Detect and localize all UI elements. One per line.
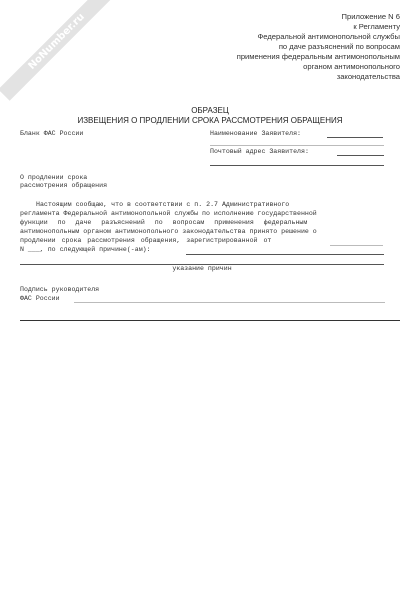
body-line: N ___, по следующей причине(-ам): [20, 246, 151, 255]
appendix-line: Приложение N 6 [237, 12, 400, 22]
document-title: ОБРАЗЕЦ [0, 106, 420, 116]
appendix-line: по даче разъяснений по вопросам [237, 42, 400, 52]
body-line: продлении срока рассмотрения обращения, … [20, 237, 271, 246]
body-line: регламента Федеральной антимонопольной с… [20, 210, 317, 219]
appendix-line: применения федеральным антимонопольным [237, 52, 400, 62]
appendix-line: к Регламенту [237, 22, 400, 32]
document-end-divider [20, 320, 400, 321]
applicant-address-field[interactable] [337, 155, 384, 156]
applicant-address-field-line2[interactable] [210, 165, 384, 166]
watermark: NoNumber.ru [0, 0, 116, 101]
body-line: Настоящим сообщаю, что в соответствии с … [36, 201, 289, 210]
registration-date-field[interactable] [330, 245, 383, 246]
appendix-header: Приложение N 6 к Регламенту Федеральной … [237, 12, 400, 82]
document-subtitle: ИЗВЕЩЕНИЯ О ПРОДЛЕНИИ СРОКА РАССМОТРЕНИЯ… [0, 116, 420, 126]
reason-caption: указание причин [20, 265, 384, 274]
applicant-name-field-line2[interactable] [210, 145, 384, 146]
appendix-line: Федеральной антимонопольной службы [237, 32, 400, 42]
reason-field[interactable] [186, 254, 384, 255]
appendix-line: законодательства [237, 72, 400, 82]
signature-field[interactable] [74, 302, 385, 303]
body-line: функции по даче разъяснений по вопросам … [20, 219, 307, 228]
applicant-name-field[interactable] [327, 137, 383, 138]
blank-label: Бланк ФАС России [20, 130, 83, 139]
body-line: антимонопольным органом антимонопольного… [20, 228, 317, 237]
applicant-address-label: Почтовый адрес Заявителя: [210, 148, 309, 157]
signature-label: ФАС России [20, 295, 60, 304]
applicant-name-label: Наименование Заявителя: [210, 130, 301, 139]
subject-line: рассмотрения обращения [20, 182, 107, 191]
appendix-line: органом антимонопольного [237, 62, 400, 72]
signature-label: Подпись руководителя [20, 286, 99, 295]
